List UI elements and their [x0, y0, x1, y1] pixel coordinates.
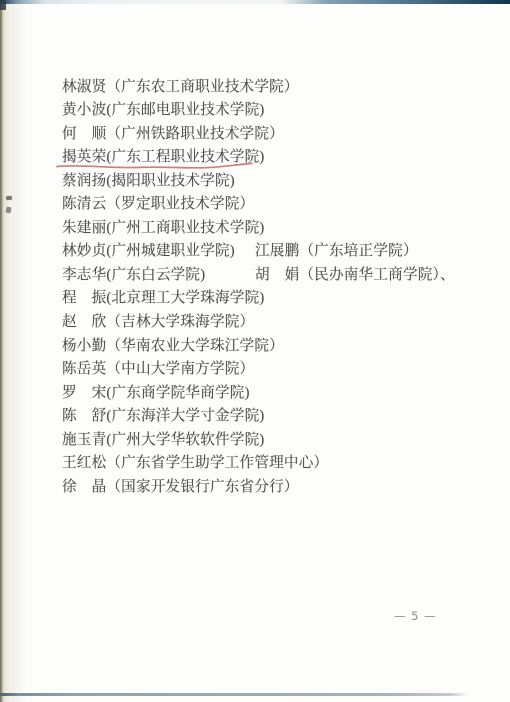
- name-list: 林淑贤（广东农工商职业技术学院） 黄小波(广东邮电职业技术学院) 何 顺（广州铁…: [62, 76, 502, 500]
- list-entry: 朱建丽(广州工商职业技术学院): [62, 217, 502, 241]
- list-entry: 林妙贞(广州城建职业学院) 江展鹏（广东培正学院）: [62, 240, 502, 264]
- list-entry: 赵 欣（吉林大学珠海学院）: [62, 311, 502, 335]
- list-entry: 揭英荣(广东工程职业技术学院): [62, 146, 502, 170]
- entry-secondary: 江展鹏（广东培正学院）: [255, 240, 418, 264]
- entry-primary: 赵 欣（吉林大学珠海学院）: [62, 314, 254, 330]
- scan-edge-shadow: [11, 0, 27, 702]
- list-entry: 陈 舒(广东海洋大学寸金学院): [62, 405, 502, 429]
- entry-primary: 林妙贞(广州城建职业学院): [62, 243, 235, 259]
- list-entry: 何 顺（广州铁路职业技术学院）: [62, 123, 502, 147]
- entry-primary: 徐 晶（国家开发银行广东省分行）: [62, 479, 299, 495]
- entry-primary: 何 顺（广州铁路职业技术学院）: [62, 126, 284, 142]
- scan-edge-left: [0, 0, 11, 702]
- page-number: — 5 —: [394, 609, 454, 623]
- list-entry: 程 振(北京理工大学珠海学院): [62, 287, 502, 311]
- entry-primary: 陈清云（罗定职业技术学院）: [62, 196, 254, 212]
- entry-primary: 杨小勤（华南农业大学珠江学院）: [62, 338, 284, 354]
- list-entry: 陈岳英（中山大学南方学院）: [62, 358, 502, 382]
- scan-edge-bottom: [0, 693, 469, 696]
- list-entry: 陈清云（罗定职业技术学院）: [62, 193, 502, 217]
- entry-primary: 朱建丽(广州工商职业技术学院): [62, 220, 264, 236]
- list-entry: 罗 宋(广东商学院华商学院): [62, 382, 502, 406]
- entry-primary: 黄小波(广东邮电职业技术学院): [62, 102, 264, 118]
- scan-smudge: [6, 207, 12, 214]
- list-entry: 施玉青(广州大学华软软件学院): [62, 429, 502, 453]
- entry-secondary: 胡 娟（民办南华工商学院）、: [255, 264, 455, 288]
- entry-primary: 施玉青(广州大学华软软件学院): [62, 432, 264, 448]
- list-entry: 黄小波(广东邮电职业技术学院): [62, 99, 502, 123]
- entry-primary: 李志华(广东白云学院): [62, 267, 205, 283]
- entry-primary: 陈岳英（中山大学南方学院）: [62, 361, 254, 377]
- entry-primary: 揭英荣(广东工程职业技术学院): [62, 149, 264, 165]
- list-entry: 杨小勤（华南农业大学珠江学院）: [62, 335, 502, 359]
- list-entry: 蔡润扬(揭阳职业技术学院): [62, 170, 502, 194]
- entry-primary: 陈 舒(广东海洋大学寸金学院): [62, 408, 264, 424]
- list-entry: 王红松（广东省学生助学工作管理中心）: [62, 452, 502, 476]
- scan-edge-top: [0, 0, 510, 4]
- scan-corner-mark: [0, 0, 6, 10]
- scan-smudge: [6, 196, 12, 201]
- list-entry: 徐 晶（国家开发银行广东省分行）: [62, 476, 502, 500]
- entry-primary: 程 振(北京理工大学珠海学院): [62, 290, 264, 306]
- entry-primary: 罗 宋(广东商学院华商学院): [62, 385, 250, 401]
- entry-primary: 王红松（广东省学生助学工作管理中心）: [62, 455, 328, 471]
- entry-primary: 蔡润扬(揭阳职业技术学院): [62, 173, 235, 189]
- list-entry: 李志华(广东白云学院) 胡 娟（民办南华工商学院）、: [62, 264, 502, 288]
- list-entry: 林淑贤（广东农工商职业技术学院）: [62, 76, 502, 100]
- scanned-page: 林淑贤（广东农工商职业技术学院） 黄小波(广东邮电职业技术学院) 何 顺（广州铁…: [0, 0, 510, 702]
- entry-primary: 林淑贤（广东农工商职业技术学院）: [62, 79, 299, 95]
